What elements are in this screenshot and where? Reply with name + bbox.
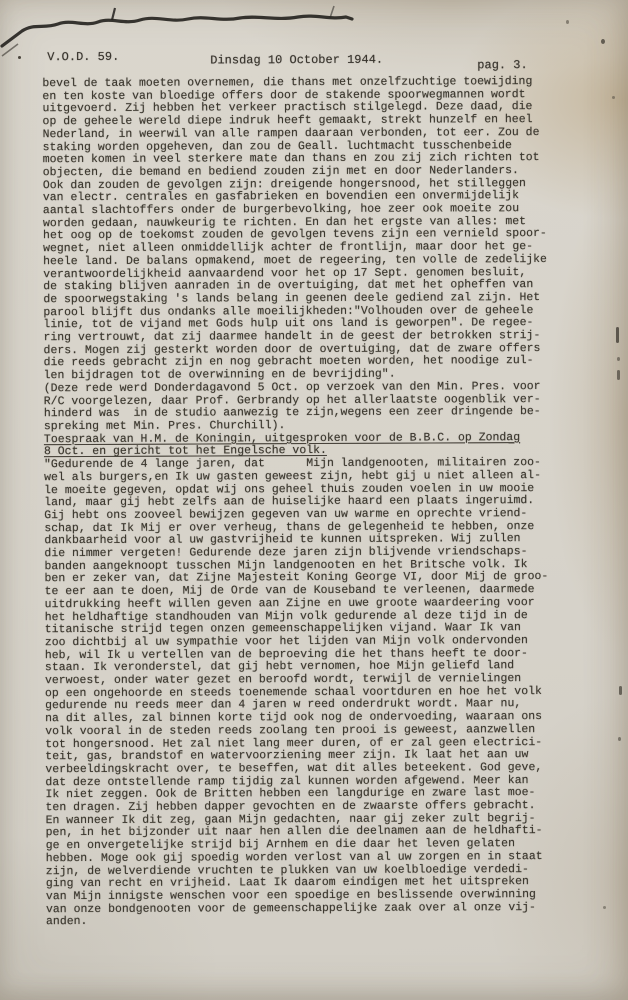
broadcast-note-paragraph: (Deze rede werd Donderdagavond 5 Oct. op… — [44, 381, 604, 434]
document-page: V.O.D. 59. Dinsdag 10 October 1944. pag.… — [0, 0, 628, 1000]
issue-number: V.O.D. 59. — [47, 50, 119, 64]
date-line: Dinsdag 10 October 1944. — [210, 53, 383, 68]
speech-conclusion-paragraph: bevel de taak moeten overnemen, die than… — [42, 76, 603, 383]
typed-content: V.O.D. 59. Dinsdag 10 October 1944. pag.… — [0, 0, 628, 1000]
body-text-column: bevel de taak moeten overnemen, die than… — [42, 76, 606, 930]
page-number: pag. 3. — [477, 58, 527, 72]
page-header: V.O.D. 59. Dinsdag 10 October 1944. pag.… — [0, 0, 628, 1]
queen-speech-paragraph: "Gedurende de 4 lange jaren, dat Mijn la… — [44, 457, 606, 929]
